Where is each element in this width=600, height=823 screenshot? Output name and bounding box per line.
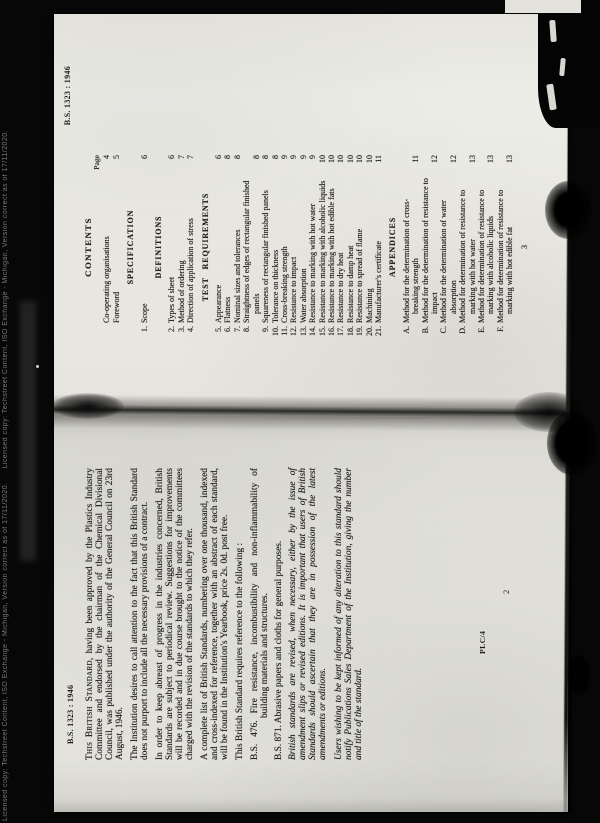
toc-entry-number: 8. <box>242 326 251 339</box>
toc-entry-page: 6 <box>214 155 223 168</box>
paragraph-text: This British Standard requires reference… <box>235 543 245 760</box>
scan-smudge <box>20 301 36 561</box>
toc-entry-number: D. <box>458 326 467 339</box>
watermark-text: Licensed copy: Techstreet Content, ISO E… <box>2 483 9 821</box>
toc-entry-page: 8 <box>261 155 270 168</box>
toc-entry-number: C. <box>439 326 448 339</box>
toc-entry-page: 8 <box>233 155 242 168</box>
toc-entry-number: 9. <box>261 326 270 339</box>
contents-title: CONTENTS <box>83 217 93 277</box>
toc-entry-page: 9 <box>299 155 308 168</box>
toc-entry: 1. Scope 6 <box>140 155 149 339</box>
toc-entry: A. Method for the determination of cross… <box>402 155 421 339</box>
toc-entry-number: 16. <box>327 326 336 339</box>
toc-entry-text: Resistance to marking with alcoholic liq… <box>318 171 327 323</box>
scan-blob-left <box>568 655 590 695</box>
toc-entry-number: 12. <box>289 326 298 339</box>
toc-entry-text: Nominal sizes and tolerances <box>233 171 242 323</box>
toc-entry-number: B. <box>421 326 430 339</box>
toc-entry-number: A. <box>402 326 411 339</box>
toc-entry-page: 11 <box>411 155 420 168</box>
toc-entry: 11. Cross-breaking strength 9 <box>280 155 289 339</box>
toc-entry-page: 8 <box>223 155 232 168</box>
paragraph-text: The Institution desires to call attentio… <box>130 468 150 760</box>
toc-entry-page: 8 <box>252 155 261 168</box>
toc-entry: 7. Nominal sizes and tolerances 8 <box>233 155 242 339</box>
toc-entry-page: 13 <box>468 155 477 168</box>
standard-number-header-right: B.S. 1323 : 1946 <box>63 66 72 125</box>
toc-entry-text: Appearance <box>214 171 223 323</box>
toc-entry-text: Method for the determination of cross-br… <box>402 171 421 323</box>
paragraph-text: B.S. 476. Fire resistance, incombustibil… <box>250 468 270 760</box>
printer-code: PLC/4 <box>478 631 487 654</box>
toc-entry-number: 5. <box>214 326 223 339</box>
toc-entry-number: 2. <box>167 326 176 339</box>
watermark-text-repeat: Licensed copy: Techstreet Content, ISO E… <box>2 130 9 468</box>
toc-entry-page: 10 <box>318 155 327 168</box>
toc-entry-text: Method for determination of resistance t… <box>477 171 496 323</box>
paragraph-text: In order to keep abreast of progress in … <box>155 468 195 760</box>
toc-entry-text: Method for the determination of resistan… <box>421 171 440 323</box>
toc-entry-text: Flatness <box>223 171 232 323</box>
toc-entry-page: 12 <box>449 155 458 168</box>
toc-entry-text: Resistance to marking with hot edible fa… <box>327 171 336 323</box>
toc-entry-page: 10 <box>355 155 364 168</box>
toc-entry: Co-operating organisations 4 <box>102 155 111 339</box>
toc-entry-number: 3. <box>177 326 186 339</box>
toc-entry-text: Method of ordering <box>177 171 186 323</box>
toc-entry-page: 10 <box>327 155 336 168</box>
page-foreword: B.S. 1323 : 1946 This British Standard, … <box>54 419 568 812</box>
page-number-left: 2 <box>501 590 511 594</box>
book-gutter-shadow <box>54 394 568 432</box>
toc-entry: 5. Appearance 6 <box>214 155 223 339</box>
toc-entry: F. Method for determination of resistanc… <box>496 155 515 339</box>
foreword-paragraph: A complete list of British Standards, nu… <box>200 468 230 760</box>
toc-entry-page: 7 <box>177 155 186 168</box>
toc-entry-page: 10 <box>365 155 374 168</box>
toc-entry: 13. Water absorption 9 <box>299 155 308 339</box>
toc-entry: 18. Resistance to damp heat 10 <box>346 155 355 339</box>
foreword-paragraph: B.S. 476. Fire resistance, incombustibil… <box>250 468 270 760</box>
toc-entry-text: Straightness of edges of rectangular fin… <box>242 171 261 323</box>
toc-entry: 4. Direction of application of stress 7 <box>186 155 195 339</box>
toc-entry-text: Resistance to impact <box>289 171 298 323</box>
toc-entry-page: 9 <box>280 155 289 168</box>
contents-title-row: CONTENTS Page <box>84 155 93 339</box>
toc-entry-page: 8 <box>271 155 280 168</box>
toc-entry-page: 10 <box>336 155 345 168</box>
toc-entry-number: 6. <box>223 326 232 339</box>
toc-entry-text: Direction of application of stress <box>186 171 195 323</box>
toc-entry-page: 10 <box>346 155 355 168</box>
toc-entry: 10. Tolerance on thickness 8 <box>271 155 280 339</box>
toc-entry-text: Method for determination of resistance t… <box>496 171 515 323</box>
toc-entry-number: 18. <box>346 326 355 339</box>
foreword-paragraphs: This British Standard, having been appro… <box>85 468 370 760</box>
foreword-paragraph: This British Standard, having been appro… <box>85 468 125 760</box>
toc-entry: 19. Resistance to spread of flame 10 <box>355 155 364 339</box>
foreword-paragraph: B.S. 871. Abrasive papers and cloths for… <box>274 468 284 760</box>
toc-entry: C. Method for the determination of water… <box>439 155 458 339</box>
foreword-paragraph: In order to keep abreast of progress in … <box>155 468 195 760</box>
toc-entry-text: Manufacturer's certificate <box>374 171 383 323</box>
toc-entry-page: 9 <box>289 155 298 168</box>
toc-entry-number: 11. <box>280 326 289 339</box>
toc-entry-number: E. <box>477 326 486 339</box>
toc-entry: B. Method for the determination of resis… <box>421 155 440 339</box>
toc-entry-text: Cross-breaking strength <box>280 171 289 323</box>
toc-entry-text: Squareness of rectangular finished panel… <box>261 171 270 323</box>
scanned-document-viewport: Licensed copy: Techstreet Content, ISO E… <box>0 0 600 823</box>
toc-entry: 21. Manufacturer's certificate 11 <box>374 155 383 339</box>
toc-entry-number: 14. <box>308 326 317 339</box>
page-contents: B.S. 1323 : 1946 CONTENTS Page Co-operat… <box>54 14 568 419</box>
toc-entry: 15. Resistance to marking with alcoholic… <box>318 155 327 339</box>
toc-entry: 14. Resistance to marking with hot water… <box>308 155 317 339</box>
toc-entry: 20. Machining 10 <box>365 155 374 339</box>
toc-entry-number: 21. <box>374 326 383 339</box>
toc-entry-number: 4. <box>186 326 195 339</box>
foreword-paragraph: Users wishing to be kept informed of any… <box>334 468 364 760</box>
toc-entry-page: 6 <box>140 155 149 168</box>
toc-entry-text: Foreword <box>112 171 121 323</box>
toc-entry-page: 12 <box>430 155 439 168</box>
toc-entry-page: 7 <box>186 155 195 168</box>
toc-entry-number: 20. <box>365 326 374 339</box>
toc-entry-number: 15. <box>318 326 327 339</box>
toc-entry-page: 9 <box>308 155 317 168</box>
paragraph-text: B.S. 871. Abrasive papers and cloths for… <box>274 541 284 760</box>
toc-entry: 12. Resistance to impact 9 <box>289 155 298 339</box>
toc-entry: E. Method for determination of resistanc… <box>477 155 496 339</box>
toc-entry: 16. Resistance to marking with hot edibl… <box>327 155 336 339</box>
toc-entry: D. Method for determination of resistanc… <box>458 155 477 339</box>
toc-entry-text: Tolerance on thickness <box>271 171 280 323</box>
toc-entry-text: Resistance to marking with hot water <box>308 171 317 323</box>
standard-number-header-left: B.S. 1323 : 1946 <box>66 685 75 744</box>
toc-entry-text: Resistance to dry heat <box>336 171 345 323</box>
paragraph-text: Users wishing to be kept informed of any… <box>334 468 364 760</box>
toc-section-heading: TEST REQUIREMENTS <box>201 155 210 339</box>
toc-entry-text: Resistance to damp heat <box>346 171 355 323</box>
toc-entry-page: 5 <box>112 155 121 168</box>
toc-entry: 9. Squareness of rectangular finished pa… <box>261 155 270 339</box>
toc-entry: 8. Straightness of edges of rectangular … <box>242 155 261 339</box>
rotated-book-spread: Licensed copy: Techstreet Content, ISO E… <box>0 0 600 823</box>
toc-entry-number: 13. <box>299 326 308 339</box>
toc-entry-page: 4 <box>102 155 111 168</box>
paragraph-text: A complete list of British Standards, nu… <box>200 468 230 760</box>
toc-entry-text: Method for determination of resistance t… <box>458 171 477 323</box>
toc-section-heading: APPENDICES <box>388 155 397 339</box>
toc-entry-page: 13 <box>505 155 514 168</box>
toc-entry: 2. Types of sheet 6 <box>167 155 176 339</box>
toc-entry-page: 6 <box>167 155 176 168</box>
toc-entry-text: Scope <box>140 171 149 323</box>
toc-entry-number: 10. <box>271 326 280 339</box>
toc-entry-number: 19. <box>355 326 364 339</box>
toc-entry-number: F. <box>496 326 505 339</box>
toc-entry: 3. Method of ordering 7 <box>177 155 186 339</box>
toc-section-heading: DEFINITIONS <box>154 155 163 339</box>
page-number-right: 3 <box>520 155 529 339</box>
toc-entry-number: 17. <box>336 326 345 339</box>
scan-watermark: Licensed copy: Techstreet Content, ISO E… <box>2 2 14 821</box>
contents-block: CONTENTS Page Co-operating organisations… <box>84 155 529 339</box>
toc-entry-text: Machining <box>365 171 374 323</box>
dust-speck <box>36 365 39 368</box>
toc-entry-page: 13 <box>486 155 495 168</box>
toc-entry: 17. Resistance to dry heat 10 <box>336 155 345 339</box>
foreword-paragraph: British standards are revised, when nece… <box>288 468 328 760</box>
toc-entry-page: 11 <box>374 155 383 168</box>
page-column-label: Page <box>92 155 101 170</box>
toc-sections: Co-operating organisations 4 Foreword 5 … <box>102 155 514 339</box>
toc-section-heading: SPECIFICATION <box>126 155 135 339</box>
toc-entry-number: 7. <box>233 326 242 339</box>
toc-entry-text: Resistance to spread of flame <box>355 171 364 323</box>
toc-entry-text: Method for the determination of water ab… <box>439 171 458 323</box>
foreword-paragraph: The Institution desires to call attentio… <box>130 468 150 760</box>
toc-entry-text: Co-operating organisations <box>102 171 111 323</box>
paper-edge-sliver <box>505 0 581 13</box>
toc-entry: 6. Flatness 8 <box>223 155 232 339</box>
toc-entry: Foreword 5 <box>112 155 121 339</box>
paragraph-text: British standards are revised, when nece… <box>288 468 328 760</box>
toc-entry-text: Water absorption <box>299 171 308 323</box>
smallcaps-lead: This British Standard <box>85 660 95 760</box>
book-spread-paper: B.S. 1323 : 1946 This British Standard, … <box>54 14 568 812</box>
foreword-paragraph: This British Standard requires reference… <box>235 468 245 760</box>
toc-entry-number: 1. <box>140 326 149 339</box>
toc-entry-text: Types of sheet <box>167 171 176 323</box>
